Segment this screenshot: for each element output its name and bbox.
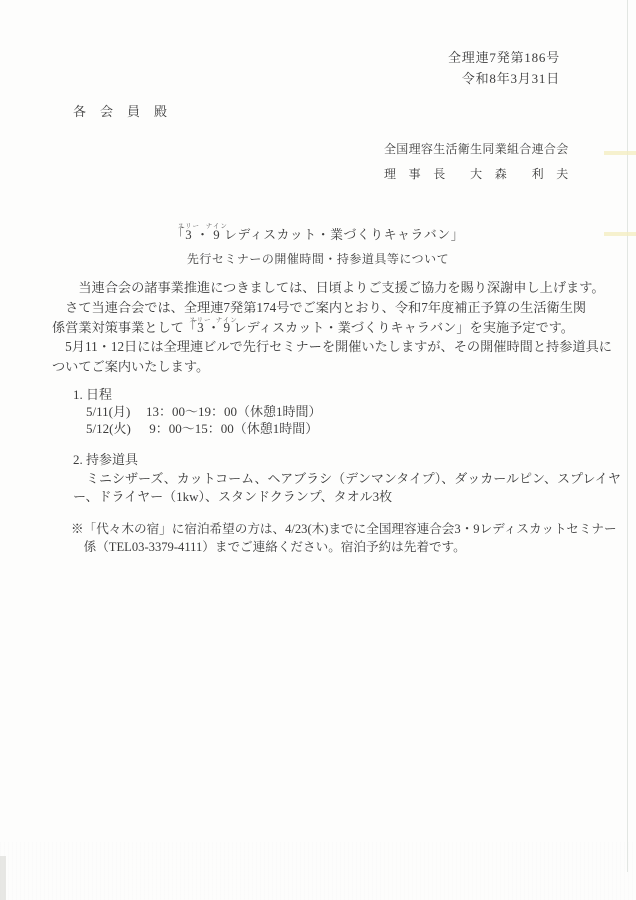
tools-heading: 2. 持参道具 <box>73 451 621 470</box>
schedule-section: 1. 日程 5/11(月) 13：00～19：00（休憩1時間） 5/12(火)… <box>73 386 322 437</box>
schedule-heading: 1. 日程 <box>73 386 322 403</box>
tools-line: ー、ドライヤー（1kw）、スタンドクランプ、タオル3枚 <box>73 488 621 507</box>
scan-artifact-vertical-line <box>627 0 628 872</box>
schedule-time: 13：00～19：00（休憩1時間） <box>146 403 322 420</box>
note-section: ※「代々木の宿」に宿泊希望の方は、4/23(木)までに全国理容連合会3・9レディ… <box>71 521 617 556</box>
body-paragraphs: 当連合会の諸事業推進につきましては、日頃よりご支援ご協力を賜り深謝申し上げます。… <box>52 278 612 377</box>
scan-artifact-yellow-mark <box>604 151 636 155</box>
body-line: 係営業対策事業として「3スリー ・ 9ナイン レディスカット・業づくりキャラバン… <box>52 318 612 338</box>
schedule-item: 5/11(月) 13：00～19：00（休憩1時間） <box>86 403 322 420</box>
note-line: ※「代々木の宿」に宿泊希望の方は、4/23(木)までに全国理容連合会3・9レディ… <box>71 521 617 539</box>
sender-organization: 全国理容生活衛生同業組合連合会 <box>384 137 569 162</box>
body-line: 5月11・12日には全理連ビルで先行セミナーを開催いたしますが、その開催時間と持… <box>52 337 612 357</box>
body-line: ついてご案内いたします。 <box>52 357 612 377</box>
title-block: 「3スリー ・ 9ナイン レディスカット・業づくりキャラバン」 先行セミナーの開… <box>0 224 636 267</box>
tools-line: ミニシザーズ、カットコーム、ヘアブラシ（デンマンタイプ）、ダッカールピン、スプレ… <box>73 470 621 489</box>
tools-section: 2. 持参道具 ミニシザーズ、カットコーム、ヘアブラシ（デンマンタイプ）、ダッカ… <box>73 451 621 507</box>
scanned-document-page: 全理連7発第186号 令和8年3月31日 各 会 員 殿 全国理容生活衛生同業組… <box>0 0 636 900</box>
schedule-date: 5/11(月) <box>86 403 136 420</box>
doc-number: 全理連7発第186号 <box>448 47 560 68</box>
schedule-date: 5/12(火) <box>86 420 136 437</box>
scan-artifact-noise-band <box>0 842 636 900</box>
recipient-line: 各 会 員 殿 <box>73 101 168 120</box>
issue-date: 令和8年3月31日 <box>448 68 560 89</box>
sender-block: 全国理容生活衛生同業組合連合会 理 事 長 大 森 利 夫 <box>384 137 569 187</box>
schedule-item: 5/12(火) 9：00～15：00（休憩1時間） <box>86 420 322 437</box>
body-line: 当連合会の諸事業推進につきましては、日頃よりご支援ご協力を賜り深謝申し上げます。 <box>52 278 612 298</box>
body-line: さて当連合会では、全理連7発第174号でご案内とおり、令和7年度補正予算の生活衛… <box>52 298 612 318</box>
document-subtitle: 先行セミナーの開催時間・持参道具等について <box>0 250 636 267</box>
sender-representative: 理 事 長 大 森 利 夫 <box>384 162 569 187</box>
scan-artifact-corner-shadow <box>0 856 6 900</box>
document-header: 全理連7発第186号 令和8年3月31日 <box>448 47 560 89</box>
note-line: 係（TEL03-3379-4111）までご連絡ください。宿泊予約は先着です。 <box>71 539 617 557</box>
document-title: 「3スリー ・ 9ナイン レディスカット・業づくりキャラバン」 <box>0 224 636 243</box>
schedule-time: 9：00～15：00（休憩1時間） <box>146 420 318 437</box>
